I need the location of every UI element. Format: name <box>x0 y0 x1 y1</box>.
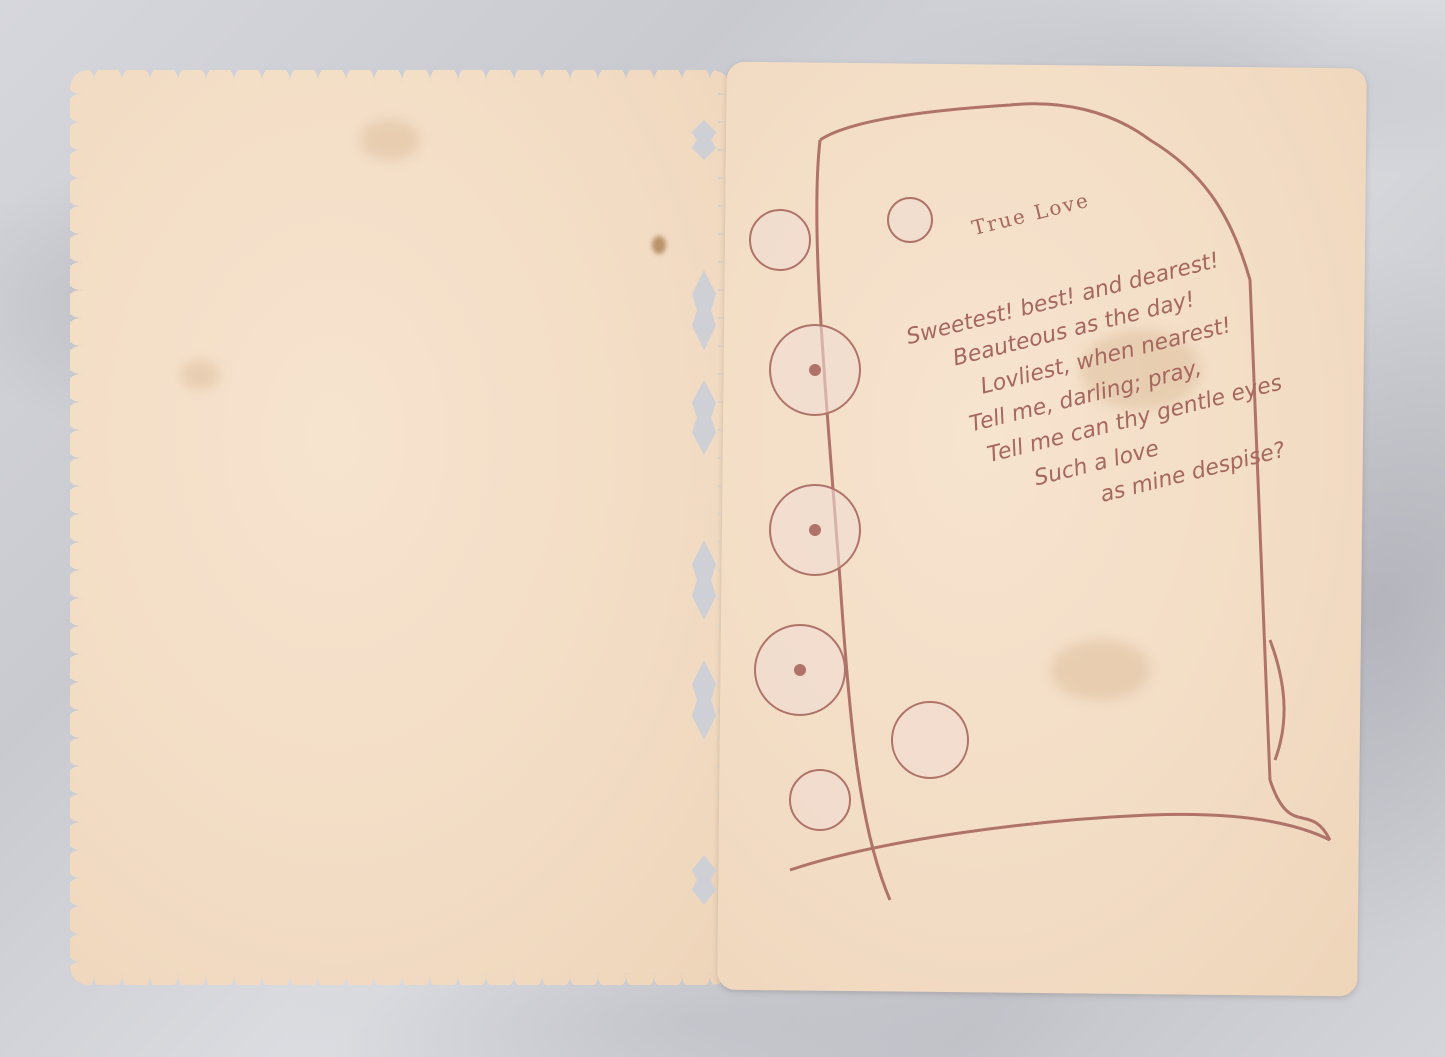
age-stain <box>652 236 666 254</box>
age-stain <box>180 360 220 390</box>
age-stain <box>360 120 420 160</box>
age-stain <box>1050 640 1150 700</box>
card-left-panel <box>70 70 730 985</box>
